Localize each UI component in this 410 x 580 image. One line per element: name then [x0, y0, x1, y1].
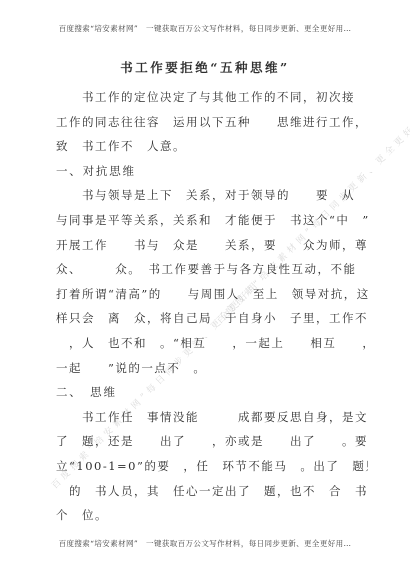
- section-heading: 二、 思维: [56, 380, 368, 405]
- body-line: 工作的同志往往容 运用以下五种 思维进行工作，导: [56, 110, 368, 135]
- body-line: 书工作的定位决定了与其他工作的不同，初次接 书: [56, 85, 368, 110]
- body-line: 立“100-1=0”的要 ，任 环节不能马 。出了 题只会: [56, 454, 368, 479]
- body-line: 的 书人员，其 任心一定出了 题，也不 合 书这: [56, 479, 368, 504]
- body-line: 致 书工作不 人意。: [56, 134, 368, 159]
- document-page: 百度搜索“培安素材网”每日同步更新、更全更好用 百度搜索“培安素材网”每日同步更…: [0, 0, 410, 580]
- body-line: 书与领导是上下 关系，对于领导的 要 从 书: [56, 183, 368, 208]
- document-body: 书工作的定位决定了与其他工作的不同，初次接 书工作的同志往往容 运用以下五种 思…: [56, 85, 368, 528]
- body-line: ，人 也不和 。“相互 ，一起上 相互 ，: [56, 331, 368, 356]
- body-line: 众、 众。 书工作要善于与各方良性互动，不能: [56, 257, 368, 282]
- body-line: 一起 ”说的一点不 。: [56, 356, 368, 381]
- page-footer-note: 百度搜索“培安素材网” 一键获取百万公文写作材料，每日同步更新、更全更好用…: [0, 538, 410, 549]
- body-line: 与同事是平等关系，关系和 才能便于 书这个“中 ”: [56, 208, 368, 233]
- section-heading: 一、对抗思维: [56, 159, 368, 184]
- page-header-note: 百度搜索“培安素材网” 一键获取百万公文写作材料，每日同步更新、更全更好用…: [0, 23, 410, 34]
- body-line: 开展工作 书与 众是 关系，要 众为师，尊重: [56, 233, 368, 258]
- body-line: 书工作任 事情没能 成都要反思自身，是文稿出: [56, 405, 368, 430]
- document-title: 书工作要拒绝“五种思维”: [0, 58, 410, 76]
- body-line: 样只会 离 众，将自己局 于自身小 子里，工作不: [56, 306, 368, 331]
- body-line: 打着所谓“清高”的 与周围人 至上 领导对抗，这: [56, 282, 368, 307]
- body-line: 个 位。: [56, 503, 368, 528]
- body-line: 了 题，还是 出了 ，亦或是 出了 。要树: [56, 429, 368, 454]
